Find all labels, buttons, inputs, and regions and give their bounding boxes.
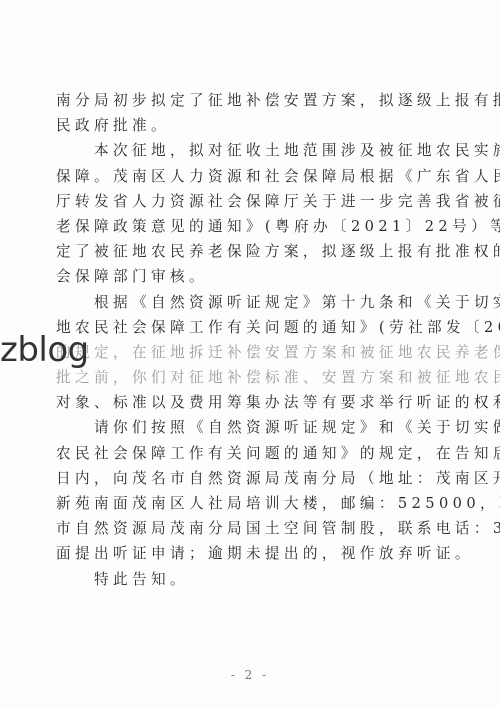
text-line: 民政府批准。 xyxy=(56,113,448,138)
page-number: - 2 - xyxy=(0,668,500,682)
text-line: 厅转发省人力资源社会保障厅关于进一步完善我省被征地农民养 xyxy=(56,189,448,214)
document-page: 南分局初步拟定了征地补偿安置方案，拟逐级上报有批准权的人 民政府批准。 本次征地… xyxy=(0,0,500,707)
text-line: 日内，向茂名市自然资源局茂南分局（地址：茂南区开发区一方 xyxy=(56,466,448,491)
text-line: 特此告知。 xyxy=(56,567,448,592)
document-body: 南分局初步拟定了征地补偿安置方案，拟逐级上报有批准权的人 民政府批准。 本次征地… xyxy=(56,88,448,592)
text-line: 农民社会保障工作有关问题的通知》的规定，在告知后5个工作 xyxy=(56,441,448,466)
text-line: 新苑南面茂南区人社局培训大楼，邮编：525000，联系人：茂名 xyxy=(56,491,448,516)
text-line: 地农民社会保障工作有关问题的通知》(劳社部发〔2007〕14号） xyxy=(56,315,448,340)
text-line: 对象、标准以及费用筹集办法等有要求举行听证的权利。 xyxy=(56,390,448,415)
text-line: 老保障政策意见的通知》(粤府办〔2021〕22号）等有关规定，拟 xyxy=(56,214,448,239)
watermark: zblog xyxy=(0,330,89,370)
text-line: 定了被征地农民养老保险方案，拟逐级上报有批准权的劳动和社 xyxy=(56,239,448,264)
text-line: 会保障部门审核。 xyxy=(56,264,448,289)
text-line: 市自然资源局茂南分局国土空间管制股，联系电话：3398783）书 xyxy=(56,516,448,541)
text-line: 本次征地，拟对征收土地范围涉及被征地农民实施社会养老 xyxy=(56,138,448,163)
text-line: 保障。茂南区人力资源和社会保障局根据《广东省人民政府办公 xyxy=(56,164,448,189)
text-line: 南分局初步拟定了征地补偿安置方案，拟逐级上报有批准权的人 xyxy=(56,88,448,113)
text-line: 面提出听证申请；逾期未提出的，视作放弃听证。 xyxy=(56,541,448,566)
text-line: 请你们按照《自然资源听证规定》和《关于切实做好被征地 xyxy=(56,415,448,440)
text-line: 的规定，在征地拆迁补偿安置方案和被征地农民养老保险方案报 xyxy=(56,340,448,365)
text-line: 根据《自然资源听证规定》第十九条和《关于切实做好被征 xyxy=(56,290,448,315)
text-line: 批之前，你们对征地补偿标准、安置方案和被征地农民养老保险 xyxy=(56,365,448,390)
